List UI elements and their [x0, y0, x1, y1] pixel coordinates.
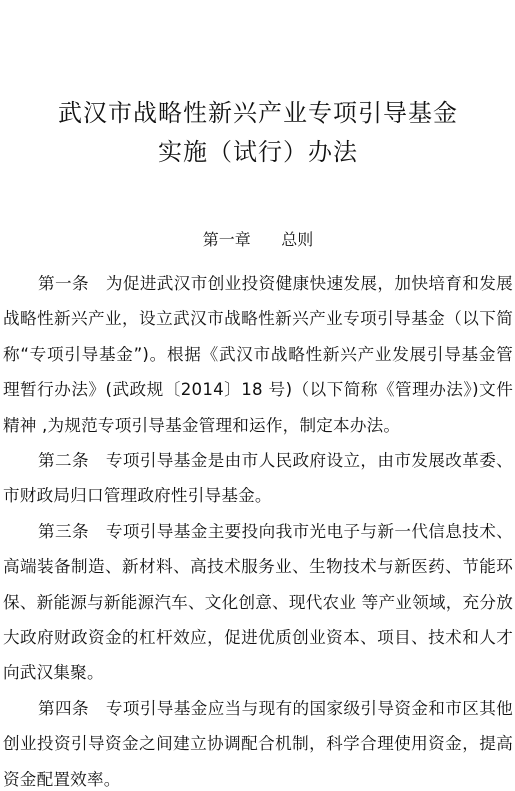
- article-3: 第三条 专项引导基金主要投向我市光电子与新一代信息技术、高端装备制造、新材料、高…: [3, 514, 513, 691]
- article-number: 第三条: [38, 522, 89, 541]
- article-2: 第二条 专项引导基金是由市人民政府设立，由市发展改革委、市财政局归口管理政府性引…: [3, 443, 513, 514]
- chapter-heading: 第一章 总则: [3, 229, 513, 251]
- chapter-name: 总则: [281, 230, 313, 249]
- document-title-line-1: 武汉市战略性新兴产业专项引导基金: [3, 98, 513, 128]
- article-number: 第二条: [38, 451, 89, 470]
- article-text: 为促进武汉市创业投资健康快速发展，加快培育和发展战略性新兴产业，设立武汉市战略性…: [3, 274, 513, 435]
- article-4: 第四条 专项引导基金应当与现有的国家级引导资金和市区其他创业投资引导资金之间建立…: [3, 691, 513, 791]
- document-title-line-2: 实施（试行）办法: [3, 137, 513, 167]
- document-body: 第一条 为促进武汉市创业投资健康快速发展，加快培育和发展战略性新兴产业，设立武汉…: [3, 266, 513, 791]
- chapter-number: 第一章: [203, 230, 251, 249]
- article-number: 第一条: [38, 274, 89, 293]
- article-number: 第四条: [38, 699, 89, 718]
- article-text: 专项引导基金主要投向我市光电子与新一代信息技术、高端装备制造、新材料、高技术服务…: [3, 522, 513, 683]
- article-1: 第一条 为促进武汉市创业投资健康快速发展，加快培育和发展战略性新兴产业，设立武汉…: [3, 266, 513, 443]
